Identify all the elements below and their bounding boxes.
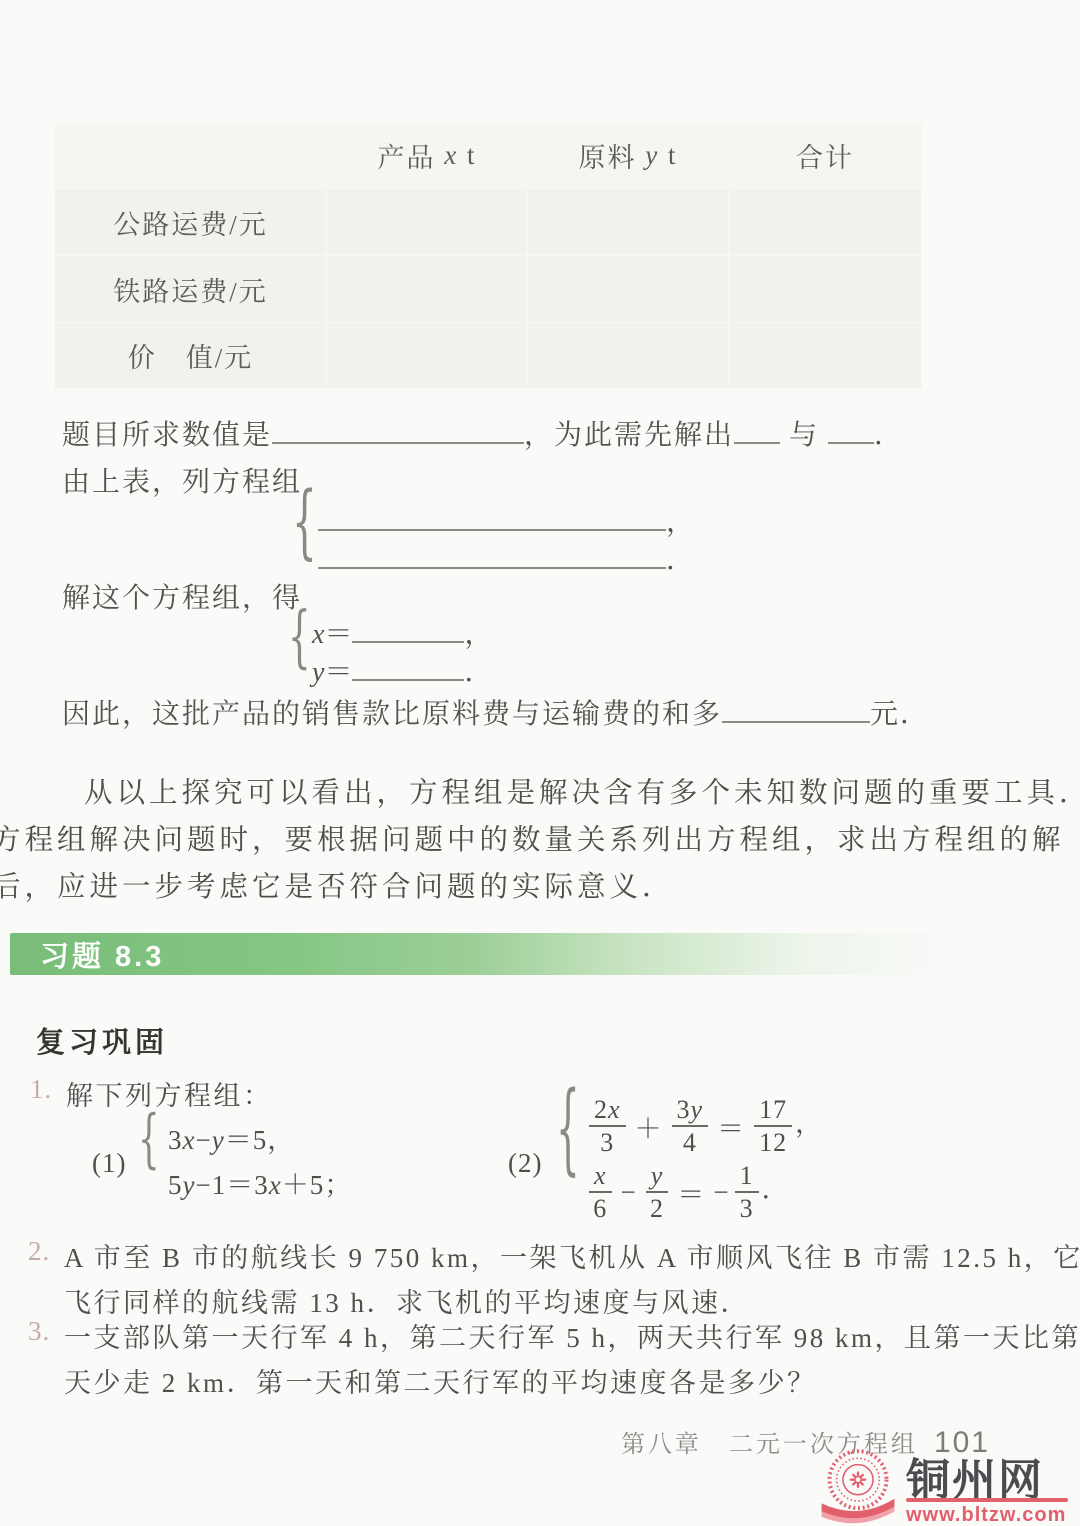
table-col-header-total: 合计 — [729, 123, 922, 189]
table-empty-cell — [528, 189, 729, 256]
col-header-text: 合计 — [796, 136, 854, 175]
exercise-2-line-2: 飞行同样的航线需 13 h．求飞机的平均速度与风速． — [64, 1281, 750, 1320]
part-1-equation-1: 3x−y＝5， — [168, 1118, 295, 1157]
exercise-1-part-2-label: (2) — [508, 1148, 542, 1179]
site-watermark: 铜州网 www.bltzw.com — [818, 1448, 1074, 1524]
punctuation: ． — [464, 657, 492, 688]
fill-in-text: 解这个方程组，得 — [62, 583, 302, 614]
col-header-text: 产品 — [378, 136, 436, 175]
table-empty-cell — [729, 256, 922, 323]
col-header-unit: t — [467, 140, 477, 171]
part-2-equation-2: x6−y2＝−13． — [586, 1162, 790, 1223]
row-header-text: 公路运费/元 — [113, 203, 268, 242]
part-1-equation-2: 5y−1＝3x＋5； — [168, 1163, 352, 1202]
solution-row-y: y＝． — [312, 650, 492, 690]
answer-blank — [352, 613, 464, 643]
answer-blank — [828, 414, 874, 444]
paragraph-text: 方程组解决问题时，要根据问题中的数量关系列出方程组，求出方程组的解 — [0, 825, 1065, 856]
exercise-3-number: 3. — [28, 1316, 50, 1347]
fill-in-text: ，为此需先解出 — [524, 420, 734, 451]
fill-in-text: ． — [874, 420, 904, 451]
table-empty-cell — [729, 323, 922, 389]
solve-instruction: 解这个方程组，得 — [62, 576, 302, 616]
answer-blank — [272, 414, 524, 444]
answer-blank — [352, 651, 464, 681]
table-row-header-rail-freight: 铁路运费/元 — [55, 256, 327, 323]
fraction: x6 — [589, 1162, 612, 1223]
table-empty-cell — [528, 256, 729, 323]
table-empty-cell — [729, 189, 922, 256]
solution-row-x: x＝， — [312, 612, 492, 652]
table-empty-cell — [327, 256, 528, 323]
seal-logo-icon — [818, 1448, 898, 1524]
col-header-var: y — [645, 140, 659, 171]
table-col-header-product: 产品 x t — [327, 123, 528, 189]
part-2-equation-1: 2x3＋3y4＝1712， — [586, 1096, 823, 1157]
textbook-page: 产品 x t 原料 y t 合计 公路运费/元 铁路运费/元 价 值/元 题目所… — [0, 0, 1080, 1526]
table-row-header-road-freight: 公路运费/元 — [55, 189, 327, 256]
exercise-section-banner: 习题 8.3 — [10, 933, 1015, 975]
paragraph-text: 后，应进一步考虑它是否符合问题的实际意义． — [0, 872, 675, 903]
watermark-divider — [906, 1498, 1068, 1502]
table-row-header-value: 价 值/元 — [55, 323, 327, 389]
fill-in-text: 与 — [789, 420, 819, 451]
table-corner-cell — [55, 123, 327, 189]
fill-in-text: 题目所求数值是 — [62, 420, 272, 451]
fraction: y2 — [646, 1162, 669, 1223]
system-blank-row-1: ， — [318, 500, 694, 540]
paragraph-text: 从以上探究可以看出，方程组是解决含有多个未知数问题的重要工具．用 — [84, 778, 1080, 809]
part-2-brace: { — [556, 1072, 580, 1187]
fraction: 13 — [735, 1162, 759, 1223]
equals-sign: ＝ — [324, 619, 352, 650]
summary-line-1: 从以上探究可以看出，方程组是解决含有多个未知数问题的重要工具．用 — [84, 770, 1080, 811]
solution-brace: { — [288, 597, 311, 675]
fill-in-text: 元． — [870, 699, 930, 730]
fraction: 3y4 — [672, 1096, 709, 1157]
exercise-2-line-1: A 市至 B 市的航线长 9 750 km，一架飞机从 A 市顺风飞往 B 市需… — [64, 1236, 1080, 1275]
equation-blank — [318, 539, 666, 569]
table-empty-cell — [327, 323, 528, 389]
summary-line-3: 后，应进一步考虑它是否符合问题的实际意义． — [0, 864, 675, 905]
table-empty-cell — [327, 189, 528, 256]
exercise-3-line-2: 天少走 2 km．第一天和第二天行军的平均速度各是多少？ — [64, 1361, 817, 1400]
part-1-brace: { — [138, 1102, 160, 1176]
fill-in-text: 由上表，列方程组 — [62, 467, 302, 498]
summary-line-2: 方程组解决问题时，要根据问题中的数量关系列出方程组，求出方程组的解 — [0, 817, 1065, 858]
review-heading: 复习巩固 — [36, 1020, 168, 1061]
answer-blank — [734, 414, 780, 444]
punctuation: ， — [464, 619, 492, 650]
review-heading-text: 复习巩固 — [36, 1027, 168, 1059]
variable-y: y — [312, 657, 324, 688]
fraction: 2x3 — [589, 1096, 626, 1157]
exercise-3-line-1: 一支部队第一天行军 4 h，第二天行军 5 h，两天共行军 98 km，且第一天… — [64, 1316, 1080, 1355]
fill-in-text: 因此，这批产品的销售款比原料费与运输费的和多 — [62, 699, 722, 730]
equation-blank — [318, 501, 666, 531]
punctuation: ， — [666, 507, 694, 538]
fill-in-line-2: 由上表，列方程组 — [62, 460, 302, 500]
fill-in-line-1: 题目所求数值是，为此需先解出 与 ． — [62, 413, 904, 453]
exercise-banner-title: 习题 8.3 — [10, 934, 164, 975]
equals-sign: ＝ — [324, 657, 352, 688]
fraction: 1712 — [754, 1096, 792, 1157]
variable-x: x — [312, 619, 324, 650]
col-header-unit: t — [668, 140, 678, 171]
row-header-text: 价 值/元 — [128, 336, 254, 375]
exercise-1-part-1-label: (1) — [92, 1148, 126, 1179]
material-table: 产品 x t 原料 y t 合计 公路运费/元 铁路运费/元 价 值/元 — [55, 123, 922, 389]
system-blank-row-2: ． — [318, 538, 694, 578]
answer-blank — [722, 693, 870, 723]
row-header-text: 铁路运费/元 — [113, 270, 268, 309]
punctuation: ． — [666, 545, 694, 576]
system-brace: { — [292, 474, 317, 569]
exercise-2-number: 2. — [28, 1236, 50, 1267]
table-col-header-material: 原料 y t — [528, 123, 729, 189]
conclusion-line: 因此，这批产品的销售款比原料费与运输费的和多元． — [62, 692, 930, 732]
site-url: www.bltzw.com — [906, 1504, 1066, 1526]
col-header-text: 原料 — [579, 136, 637, 175]
footer-chapter: 第八章 — [621, 1432, 702, 1458]
col-header-var: x — [444, 140, 458, 171]
table-empty-cell — [528, 323, 729, 389]
exercise-1-prompt: 解下列方程组： — [66, 1074, 273, 1113]
exercise-1-number: 1. — [30, 1074, 52, 1105]
